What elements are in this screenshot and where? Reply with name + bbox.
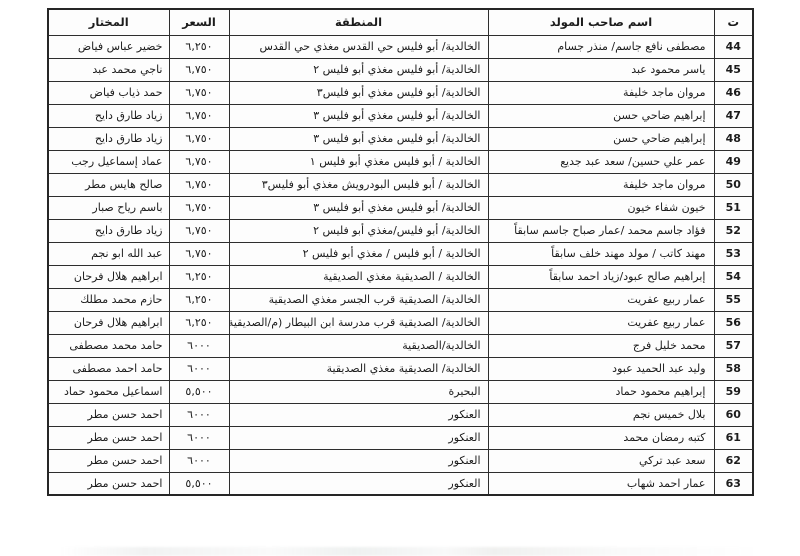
table-row: 51 خيون شفاء خيون الخالدية/ أبو فليس مغذ… [48,196,753,219]
cell-row-number: 45 [714,58,753,81]
cell-mukhtar: عبد الله ابو نجم [48,242,169,265]
cell-mukhtar: احمد حسن مطر [48,426,169,449]
cell-price: ٦٠٠٠ [169,449,229,472]
cell-row-number: 49 [714,150,753,173]
cell-mukhtar: حازم محمد مطلك [48,288,169,311]
cell-mukhtar: حمد ذياب فياض [48,81,169,104]
cell-region: الخالدية/الصديقية [229,334,488,357]
cell-region: الخالدية/ أبو فليس مغذي أبو فليس ٣ [229,127,488,150]
cell-price: ٦,٧٥٠ [169,127,229,150]
cell-owner-name: عمار ربيع عفريت [488,288,714,311]
cell-price: ٦,٧٥٠ [169,242,229,265]
table-row: 44 مصطفى نافع جاسم/ منذر جسام الخالدية/ … [48,35,753,58]
cell-owner-name: إبراهيم ضاحي حسن [488,127,714,150]
generator-owners-table: ت اسم صاحب المولد المنطقة السعر المختار … [47,8,754,496]
table-row: 47 إبراهيم ضاحي حسن الخالدية/ أبو فليس م… [48,104,753,127]
scanned-document-page: ت اسم صاحب المولد المنطقة السعر المختار … [0,0,800,556]
cell-owner-name: وليد عبد الحميد عبود [488,357,714,380]
cell-owner-name: محمد خليل فرج [488,334,714,357]
cell-row-number: 57 [714,334,753,357]
cell-region: العنكور [229,426,488,449]
cell-mukhtar: اسماعيل محمود حماد [48,380,169,403]
cell-region: الخالدية / أبو فليس البودرويش مغذي أبو ف… [229,173,488,196]
cell-mukhtar: ابراهيم هلال فرحان [48,311,169,334]
cell-owner-name: ياسر محمود عبد [488,58,714,81]
cell-region: الخالدية/ أبو فليس مغذي أبو فليس ٢ [229,58,488,81]
table-row: 45 ياسر محمود عبد الخالدية/ أبو فليس مغذ… [48,58,753,81]
cell-mukhtar: ابراهيم هلال فرحان [48,265,169,288]
cell-mukhtar: باسم رياح صبار [48,196,169,219]
cell-region: الخالدية / الصديقية مغذي الصديقية [229,265,488,288]
cell-price: ٦٠٠٠ [169,357,229,380]
cell-region: البحيرة [229,380,488,403]
cell-mukhtar: احمد حسن مطر [48,472,169,495]
cell-mukhtar: حامد احمد مصطفى [48,357,169,380]
table-row: 56 عمار ربيع عفريت الخالدية/ الصديقية قر… [48,311,753,334]
cell-price: ٦,٧٥٠ [169,196,229,219]
cell-price: ٥,٥٠٠ [169,380,229,403]
cell-row-number: 54 [714,265,753,288]
cell-price: ٦,٧٥٠ [169,104,229,127]
cell-row-number: 62 [714,449,753,472]
cell-row-number: 47 [714,104,753,127]
table-header-row: ت اسم صاحب المولد المنطقة السعر المختار [48,9,753,35]
cell-region: العنكور [229,472,488,495]
cell-region: الخالدية / أبو فليس مغذي أبو فليس ١ [229,150,488,173]
cell-row-number: 55 [714,288,753,311]
table-row: 46 مروان ماجد خليفة الخالدية/ أبو فليس م… [48,81,753,104]
table-row: 54 إبراهيم صالح عبود/زياد احمد سابقاً ال… [48,265,753,288]
table-row: 61 كتبه رمضان محمد العنكور ٦٠٠٠ احمد حسن… [48,426,753,449]
cell-row-number: 50 [714,173,753,196]
table-row: 59 إبراهيم محمود حماد البحيرة ٥,٥٠٠ اسما… [48,380,753,403]
cell-row-number: 63 [714,472,753,495]
table-row: 62 سعد عبد تركي العنكور ٦٠٠٠ احمد حسن مط… [48,449,753,472]
table-row: 53 مهند كاتب / مولد مهند خلف سابقاً الخا… [48,242,753,265]
table-row: 52 فؤاد جاسم محمد /عمار صباح جاسم سابقاً… [48,219,753,242]
cell-mukhtar: عماد إسماعيل رجب [48,150,169,173]
cell-region: الخالدية/ الصديقية قرب الجسر مغذي الصديق… [229,288,488,311]
cell-region: الخالدية/ أبو فليس مغذي أبو فليس ٣ [229,104,488,127]
cell-region: العنكور [229,449,488,472]
cell-owner-name: مروان ماجد خليفة [488,81,714,104]
cell-row-number: 59 [714,380,753,403]
cell-mukhtar: زياد طارق دايح [48,104,169,127]
cell-region: الخالدية/ أبو فليس مغذي أبو فليس٣ [229,81,488,104]
cell-region: العنكور [229,403,488,426]
cell-row-number: 56 [714,311,753,334]
cell-owner-name: فؤاد جاسم محمد /عمار صباح جاسم سابقاً [488,219,714,242]
cell-owner-name: مروان ماجد خليفة [488,173,714,196]
cell-mukhtar: صالح هايس مطر [48,173,169,196]
cell-owner-name: مصطفى نافع جاسم/ منذر جسام [488,35,714,58]
header-region: المنطقة [229,9,488,35]
cell-mukhtar: احمد حسن مطر [48,403,169,426]
cell-row-number: 48 [714,127,753,150]
cell-price: ٥,٥٠٠ [169,472,229,495]
cell-price: ٦,٧٥٠ [169,219,229,242]
cell-mukhtar: احمد حسن مطر [48,449,169,472]
cell-price: ٦,٢٥٠ [169,311,229,334]
cell-mukhtar: ناجي محمد عبد [48,58,169,81]
cell-price: ٦,٧٥٠ [169,173,229,196]
cell-owner-name: إبراهيم محمود حماد [488,380,714,403]
cell-row-number: 53 [714,242,753,265]
cell-owner-name: مهند كاتب / مولد مهند خلف سابقاً [488,242,714,265]
cell-mukhtar: خضير عباس فياض [48,35,169,58]
cell-price: ٦,٢٥٠ [169,288,229,311]
cell-owner-name: سعد عبد تركي [488,449,714,472]
table-row: 49 عمر علي حسين/ سعد عبد جديع الخالدية /… [48,150,753,173]
cell-price: ٦٠٠٠ [169,426,229,449]
table-row: 57 محمد خليل فرج الخالدية/الصديقية ٦٠٠٠ … [48,334,753,357]
table-row: 58 وليد عبد الحميد عبود الخالدية/ الصديق… [48,357,753,380]
cell-row-number: 44 [714,35,753,58]
cell-price: ٦,٧٥٠ [169,58,229,81]
header-owner: اسم صاحب المولد [488,9,714,35]
header-price: السعر [169,9,229,35]
cell-mukhtar: زياد طارق دايح [48,127,169,150]
cell-owner-name: بلال خميس نجم [488,403,714,426]
header-mukhtar: المختار [48,9,169,35]
cell-row-number: 46 [714,81,753,104]
table-body: 44 مصطفى نافع جاسم/ منذر جسام الخالدية/ … [48,35,753,495]
cell-price: ٦٠٠٠ [169,334,229,357]
cell-price: ٦٠٠٠ [169,403,229,426]
table-row: 60 بلال خميس نجم العنكور ٦٠٠٠ احمد حسن م… [48,403,753,426]
cell-region: الخالدية/ أبو فليس مغذي أبو فليس ٣ [229,196,488,219]
cell-owner-name: خيون شفاء خيون [488,196,714,219]
table-row: 63 عمار احمد شهاب العنكور ٥,٥٠٠ احمد حسن… [48,472,753,495]
cell-row-number: 51 [714,196,753,219]
cell-region: الخالدية / أبو فليس / مغذي أبو فليس ٢ [229,242,488,265]
cell-row-number: 58 [714,357,753,380]
header-no: ت [714,9,753,35]
cell-region: الخالدية/ أبو فليس/مغذي أبو فليس ٢ [229,219,488,242]
cell-price: ٦,٢٥٠ [169,265,229,288]
cell-mukhtar: حامد محمد مصطفى [48,334,169,357]
table-row: 55 عمار ربيع عفريت الخالدية/ الصديقية قر… [48,288,753,311]
cell-owner-name: إبراهيم ضاحي حسن [488,104,714,127]
cell-price: ٦,٧٥٠ [169,81,229,104]
cell-owner-name: عمر علي حسين/ سعد عبد جديع [488,150,714,173]
cell-row-number: 60 [714,403,753,426]
cell-row-number: 61 [714,426,753,449]
table-row: 50 مروان ماجد خليفة الخالدية / أبو فليس … [48,173,753,196]
scan-edge-artifact [60,547,760,556]
table-row: 48 إبراهيم ضاحي حسن الخالدية/ أبو فليس م… [48,127,753,150]
cell-owner-name: إبراهيم صالح عبود/زياد احمد سابقاً [488,265,714,288]
cell-price: ٦,٧٥٠ [169,150,229,173]
cell-mukhtar: زياد طارق دايح [48,219,169,242]
cell-owner-name: عمار احمد شهاب [488,472,714,495]
cell-region: الخالدية/ أبو فليس حي القدس مغذي حي القد… [229,35,488,58]
cell-price: ٦,٢٥٠ [169,35,229,58]
generator-owners-table-wrap: ت اسم صاحب المولد المنطقة السعر المختار … [47,8,754,496]
cell-owner-name: عمار ربيع عفريت [488,311,714,334]
cell-owner-name: كتبه رمضان محمد [488,426,714,449]
cell-region: الخالدية/ الصديقية قرب مدرسة ابن البيطار… [229,311,488,334]
cell-row-number: 52 [714,219,753,242]
cell-region: الخالدية/ الصديقية مغذي الصديقية [229,357,488,380]
